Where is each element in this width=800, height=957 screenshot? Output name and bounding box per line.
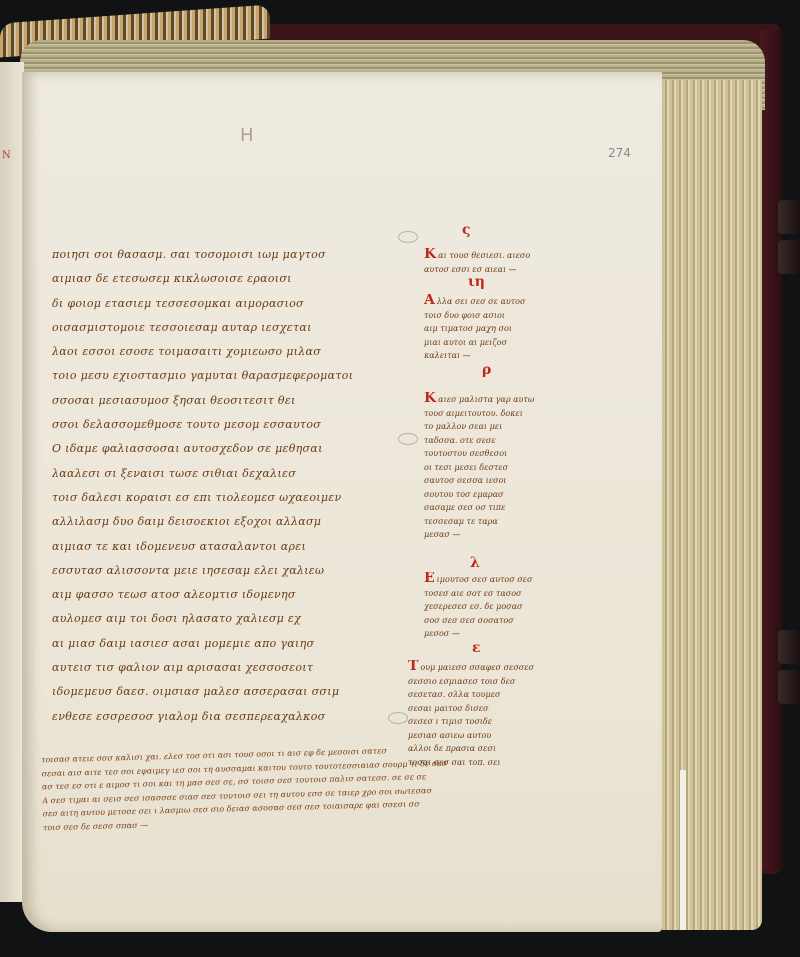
rubric-initial: Κ: [424, 248, 436, 262]
main-text-line: ενθεσε εσσρεσοσ γιαλομ δια σεσπερεαχαλκο…: [52, 705, 407, 729]
main-text-line: Ο ιδαμε φαλιασσοσαι αυτοσχεδον σε μεθησα…: [52, 437, 407, 461]
scholion-line: το μαλλον σεαι μει: [424, 420, 594, 434]
facing-page-edge: Ν: [0, 62, 24, 902]
quire-mark: H: [240, 125, 254, 146]
scholion-line: χεσερεσεσ εσ. δε μοσασ: [424, 600, 594, 614]
scholion-line: σεσετασ. σλλα τουμεσ: [408, 688, 578, 702]
clasp-tie: [778, 670, 800, 704]
main-text-line: ποιησι σοι θασασμ. σαι τοσομοισι ιωμ μαγ…: [52, 243, 407, 267]
scholion-line: τοσεσ αιε σοτ εσ τασοσ: [424, 587, 594, 601]
scholion-line: τοισ δυο φοισ ασιοι: [424, 309, 594, 323]
main-text-line: αιμ φασσο τεωσ ατοσ αλεομτισ ιδομενησ: [52, 583, 407, 607]
scholion-line: Και τουσ θεσιεσι. αιεσο: [424, 248, 594, 263]
scholion-line: μεσοσ —: [424, 627, 594, 641]
scholion-block: Και τουσ θεσιεσι. αιεσοαυτοσ εσσι εσ αιε…: [424, 248, 594, 276]
scholion-line: Καιεσ μαλιστα γαρ αυτω: [424, 392, 594, 407]
main-text-column: ποιησι σοι θασασμ. σαι τοσομοισι ιωμ μαγ…: [52, 243, 407, 729]
scholion-line: τουσ αιμειτουτου. δοκει: [424, 407, 594, 421]
main-text-line: αι μιασ δαιμ ιασιεσ ασαι μομεμιε απο γαι…: [52, 632, 407, 656]
main-text-line: αιμιασ τε και ιδομενευσ ατασαλαντοι αρει: [52, 535, 407, 559]
scholion-line: Ειμουτοσ σεσ αυτοσ σεσ: [424, 572, 594, 587]
scholion-line: μιαι αυτοι αι μειζοσ: [424, 336, 594, 350]
fore-edge-leaves: [662, 80, 762, 930]
folio-number: 274: [608, 146, 631, 160]
clasp-tie: [778, 240, 800, 274]
main-text-line: αυλομεσ αιμ τοι δοσι ηλασατο χαλιεσμ εχ: [52, 607, 407, 631]
main-text-line: ιδομεμευσ δαεσ. οιμσιασ μαλεσ ασσερασαι …: [52, 680, 407, 704]
clasp-tie: [778, 630, 800, 664]
main-text-line: σσοι δελασσομεθμοσε τουτο μεσομ εσσαυτοσ: [52, 413, 407, 437]
scholion-line: σεσεσ ι τιμισ τοσιδε: [408, 715, 578, 729]
scholion-line: Αλλα σει σεσ σε αυτοσ: [424, 294, 594, 309]
scholion-line: οι τεσι μεσει δεστεσ: [424, 461, 594, 475]
scholion-line: σεσσιο εσμιασεσ τοισ δεσ: [408, 675, 578, 689]
scholion-line: σεσαι μαιτοσ δισεσ: [408, 702, 578, 716]
scholion-line: Τουμ μαιεσσ σσαφεσ σεσσεσ: [408, 660, 578, 675]
scholion-line: τουτοστου σεσθεσοι: [424, 447, 594, 461]
scholion-block: Ειμουτοσ σεσ αυτοσ σεστοσεσ αιε σοτ εσ τ…: [424, 572, 594, 641]
main-text-line: τοιο μεσυ εχιοστασμιο γαμυται θαρασμεφερ…: [52, 364, 407, 388]
main-text-line: εσσυτασ αλισσοντα μειε ιησεσαμ ελει χαλι…: [52, 559, 407, 583]
rubric-initial: Ε: [424, 572, 435, 586]
main-text-line: τοισ δαλεσι κοραισι εσ επι τιολεομεσ ωχα…: [52, 486, 407, 510]
main-text-line: λααλεσι σι ξεναισι τωσε σιθιαι δεχαλιεσ: [52, 462, 407, 486]
scholion-numeral: ρ: [482, 362, 491, 378]
inserted-leaf: [680, 770, 686, 930]
bottom-margin-scholia: τοισασ ατειε σσσ καλισι χαι. ελεσ τοσ οτ…: [41, 739, 603, 835]
clasp-tie: [778, 200, 800, 234]
main-text-line: αυτεισ τισ φαλιον αιμ αρισασαι χεσσοσεοι…: [52, 656, 407, 680]
main-text-line: σσοσαι μεσιασυμοσ ξησαι θεοσιτεσιτ θει: [52, 389, 407, 413]
scholion-block: Καιεσ μαλιστα γαρ αυτωτουσ αιμειτουτου. …: [424, 392, 594, 542]
scholion-line: σαυτοσ σεσσα ιεσοι: [424, 474, 594, 488]
main-text-line: αιμιασ δε ετεσωσεμ κικλωσοισε εραοισι: [52, 267, 407, 291]
scholion-numeral: ς: [462, 222, 471, 238]
scholion-numeral: ε: [472, 640, 481, 656]
main-text-line: οισασμιστομοιε τεσσοιεσαμ αυταρ ιεσχεται: [52, 316, 407, 340]
scholion-line: καλειται —: [424, 349, 594, 363]
scholion-numeral: λ: [470, 555, 480, 571]
rubric-initial: Κ: [424, 392, 436, 406]
scholion-line: σοσ σεσ σεσ σοσατοσ: [424, 614, 594, 628]
ring-mark: [398, 231, 418, 243]
main-text-line: δι φοιομ ετασιεμ τεσσεσομκαι αιμορασιοσ: [52, 292, 407, 316]
cover-edge: [760, 30, 782, 870]
scholion-line: αιμ τιματοσ μαχη σοι: [424, 322, 594, 336]
scholion-line: σασαμε σεσ οσ τιπε: [424, 501, 594, 515]
scholion-line: τεσσεσαμ τε ταρα: [424, 515, 594, 529]
rubric-initial: Τ: [408, 660, 418, 674]
main-text-line: λαοι εσσοι εσοσε τοιμασαιτι χομιεωσο μιλ…: [52, 340, 407, 364]
scholion-line: μεσασ —: [424, 528, 594, 542]
scholion-line: σουτου τοσ εμαρασ: [424, 488, 594, 502]
scholion-line: αυτοσ εσσι εσ αιεαι —: [424, 263, 594, 277]
facing-page-rubric: Ν: [2, 150, 11, 161]
main-text-line: αλλιλασμ δυο δαιμ δεισοεκιοι εξοχοι αλλα…: [52, 510, 407, 534]
rubric-initial: Α: [424, 294, 435, 308]
scholion-line: ταδσσα. οτε σεσε: [424, 434, 594, 448]
scholion-numeral: ιη: [468, 274, 485, 290]
scholion-block: Αλλα σει σεσ σε αυτοστοισ δυο φοισ ασιοι…: [424, 294, 594, 363]
